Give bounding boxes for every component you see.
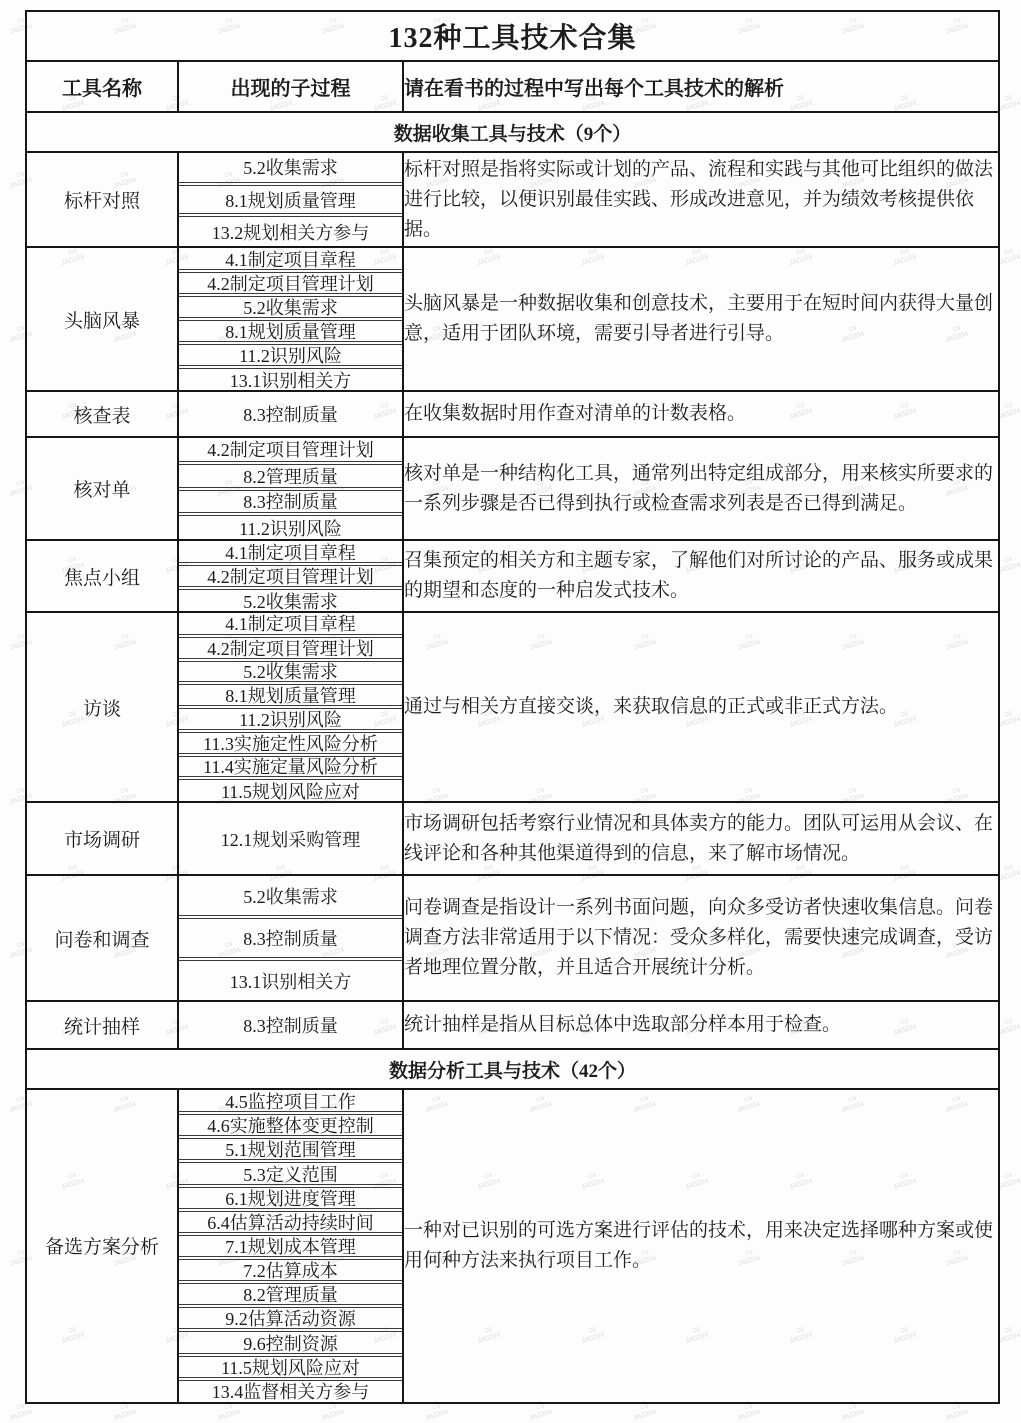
tool-name: 备选方案分析 xyxy=(26,1089,178,1403)
watermark-mark: C9JA0204 xyxy=(422,1401,449,1423)
process-item: 13.2规划相关方参与 xyxy=(179,216,402,246)
table-title-row: 132种工具技术合集 xyxy=(26,11,999,61)
process-item: 13.4监督相关方参与 xyxy=(179,1380,402,1402)
process-item: 13.1识别相关方 xyxy=(179,960,402,1000)
tool-name: 问卷和调查 xyxy=(26,875,178,1001)
process-item: 5.3定义范围 xyxy=(179,1162,402,1184)
tool-processes-cell: 5.2收集需求8.1规划质量管理13.2规划相关方参与 xyxy=(178,152,403,247)
process-item: 13.1识别相关方 xyxy=(179,368,402,390)
document-page: C9JA0204C9JA0204C9JA0204C9JA0204C9JA0204… xyxy=(0,0,1021,1423)
watermark-mark: C9JA0204 xyxy=(734,1401,761,1423)
process-stack: 12.1规划采购管理 xyxy=(179,803,402,874)
process-stack: 5.2收集需求8.1规划质量管理13.2规划相关方参与 xyxy=(179,153,402,246)
process-item: 8.1规划质量管理 xyxy=(179,185,402,215)
watermark-mark: C9JA0204 xyxy=(526,1401,553,1423)
tool-description: 召集预定的相关方和主题专家，了解他们对所讨论的产品、服务或成果的期望和态度的一种… xyxy=(403,540,999,612)
process-item: 11.5规划风险应对 xyxy=(179,779,402,801)
process-item: 8.3控制质量 xyxy=(179,1002,402,1048)
process-item: 4.1制定项目章程 xyxy=(179,541,402,563)
process-stack: 5.2收集需求8.3控制质量13.1识别相关方 xyxy=(179,876,402,1000)
process-item: 9.2估算活动资源 xyxy=(179,1307,402,1329)
section-header-row: 数据分析工具与技术（42个） xyxy=(26,1049,999,1089)
tool-name: 标杆对照 xyxy=(26,152,178,247)
tool-description: 问卷调查是指设计一系列书面问题，向众多受访者快速收集信息。问卷调查方法非常适用于… xyxy=(403,875,999,1001)
tool-name: 焦点小组 xyxy=(26,540,178,612)
watermark-mark: C9JA0204 xyxy=(6,1401,33,1423)
process-item: 4.1制定项目章程 xyxy=(179,248,402,270)
section-header: 数据收集工具与技术（9个） xyxy=(26,112,999,152)
tool-processes-cell: 4.1制定项目章程4.2制定项目管理计划5.2收集需求 xyxy=(178,540,403,612)
process-item: 5.2收集需求 xyxy=(179,153,402,183)
tool-processes-cell: 4.2制定项目管理计划8.2管理质量8.3控制质量11.2识别风险 xyxy=(178,437,403,540)
tool-name: 访谈 xyxy=(26,612,178,802)
process-stack: 4.1制定项目章程4.2制定项目管理计划5.2收集需求8.1规划质量管理11.2… xyxy=(179,613,402,801)
tool-row: 焦点小组4.1制定项目章程4.2制定项目管理计划5.2收集需求召集预定的相关方和… xyxy=(26,540,999,612)
process-item: 5.1规划范围管理 xyxy=(179,1138,402,1160)
watermark-mark: C9JA0204 xyxy=(110,1401,137,1423)
process-item: 5.2收集需求 xyxy=(179,876,402,916)
process-item: 11.5规划风险应对 xyxy=(179,1356,402,1378)
tool-name: 核查表 xyxy=(26,391,178,437)
tool-row: 核查表8.3控制质量在收集数据时用作查对清单的计数表格。 xyxy=(26,391,999,437)
process-item: 6.1规划进度管理 xyxy=(179,1187,402,1209)
tool-description: 头脑风暴是一种数据收集和创意技术，主要用于在短时间内获得大量创意，适用于团队环境… xyxy=(403,247,999,391)
process-item: 8.3控制质量 xyxy=(179,392,402,436)
tool-row: 备选方案分析4.5监控项目工作4.6实施整体变更控制5.1规划范围管理5.3定义… xyxy=(26,1089,999,1403)
process-item: 8.3控制质量 xyxy=(179,490,402,514)
tool-processes-cell: 8.3控制质量 xyxy=(178,391,403,437)
process-item: 9.6控制资源 xyxy=(179,1331,402,1353)
process-item: 4.2制定项目管理计划 xyxy=(179,438,402,462)
tool-name: 核对单 xyxy=(26,437,178,540)
process-item: 8.2管理质量 xyxy=(179,464,402,488)
watermark-mark: C9JA0204 xyxy=(942,1401,969,1423)
process-item: 7.2估算成本 xyxy=(179,1259,402,1281)
tool-row: 访谈4.1制定项目章程4.2制定项目管理计划5.2收集需求8.1规划质量管理11… xyxy=(26,612,999,802)
tool-description: 市场调研包括考察行业情况和具体卖方的能力。团队可运用从会议、在线评论和各种其他渠… xyxy=(403,802,999,875)
process-item: 5.2收集需求 xyxy=(179,296,402,318)
tool-description: 统计抽样是指从目标总体中选取部分样本用于检查。 xyxy=(403,1001,999,1049)
process-item: 11.4实施定量风险分析 xyxy=(179,756,402,778)
process-item: 8.1规划质量管理 xyxy=(179,684,402,706)
process-item: 11.3实施定性风险分析 xyxy=(179,732,402,754)
column-header-row: 工具名称 出现的子过程 请在看书的过程中写出每个工具技术的解析 xyxy=(26,61,999,112)
process-item: 4.5监控项目工作 xyxy=(179,1090,402,1112)
process-stack: 4.1制定项目章程4.2制定项目管理计划5.2收集需求 xyxy=(179,541,402,611)
tool-row: 市场调研12.1规划采购管理市场调研包括考察行业情况和具体卖方的能力。团队可运用… xyxy=(26,802,999,875)
column-header-sub-process: 出现的子过程 xyxy=(178,61,403,112)
process-item: 4.1制定项目章程 xyxy=(179,613,402,635)
process-item: 4.6实施整体变更控制 xyxy=(179,1114,402,1136)
process-item: 7.1规划成本管理 xyxy=(179,1235,402,1257)
process-stack: 4.2制定项目管理计划8.2管理质量8.3控制质量11.2识别风险 xyxy=(179,438,402,539)
tool-description: 核对单是一种结构化工具，通常列出特定组成部分，用来核实所要求的一系列步骤是否已得… xyxy=(403,437,999,540)
tool-processes-cell: 4.5监控项目工作4.6实施整体变更控制5.1规划范围管理5.3定义范围6.1规… xyxy=(178,1089,403,1403)
tool-row: 头脑风暴4.1制定项目章程4.2制定项目管理计划5.2收集需求8.1规划质量管理… xyxy=(26,247,999,391)
process-item: 12.1规划采购管理 xyxy=(179,803,402,874)
tool-description: 通过与相关方直接交谈，来获取信息的正式或非正式方法。 xyxy=(403,612,999,802)
process-stack: 4.5监控项目工作4.6实施整体变更控制5.1规划范围管理5.3定义范围6.1规… xyxy=(179,1090,402,1402)
process-item: 4.2制定项目管理计划 xyxy=(179,565,402,587)
tool-description: 标杆对照是指将实际或计划的产品、流程和实践与其他可比组织的做法进行比较，以便识别… xyxy=(403,152,999,247)
column-header-tool-name: 工具名称 xyxy=(26,61,178,112)
section-header-row: 数据收集工具与技术（9个） xyxy=(26,112,999,152)
process-item: 8.3控制质量 xyxy=(179,918,402,958)
tool-row: 统计抽样8.3控制质量统计抽样是指从目标总体中选取部分样本用于检查。 xyxy=(26,1001,999,1049)
process-item: 11.2识别风险 xyxy=(179,344,402,366)
tool-row: 标杆对照5.2收集需求8.1规划质量管理13.2规划相关方参与标杆对照是指将实际… xyxy=(26,152,999,247)
tool-name: 统计抽样 xyxy=(26,1001,178,1049)
tool-description: 在收集数据时用作查对清单的计数表格。 xyxy=(403,391,999,437)
process-item: 11.2识别风险 xyxy=(179,515,402,539)
section-header: 数据分析工具与技术（42个） xyxy=(26,1049,999,1089)
watermark-mark: C9JA0204 xyxy=(630,1401,657,1423)
tools-table: 132种工具技术合集 工具名称 出现的子过程 请在看书的过程中写出每个工具技术的… xyxy=(25,10,1000,1404)
tool-row: 核对单4.2制定项目管理计划8.2管理质量8.3控制质量11.2识别风险核对单是… xyxy=(26,437,999,540)
watermark-mark: C9JA0204 xyxy=(838,1401,865,1423)
process-stack: 8.3控制质量 xyxy=(179,392,402,436)
page-title: 132种工具技术合集 xyxy=(26,11,999,61)
tool-processes-cell: 4.1制定项目章程4.2制定项目管理计划5.2收集需求8.1规划质量管理11.2… xyxy=(178,247,403,391)
tool-name: 市场调研 xyxy=(26,802,178,875)
process-stack: 8.3控制质量 xyxy=(179,1002,402,1048)
process-item: 8.1规划质量管理 xyxy=(179,320,402,342)
tool-processes-cell: 5.2收集需求8.3控制质量13.1识别相关方 xyxy=(178,875,403,1001)
process-item: 8.2管理质量 xyxy=(179,1283,402,1305)
column-header-analysis: 请在看书的过程中写出每个工具技术的解析 xyxy=(403,61,999,112)
process-item: 5.2收集需求 xyxy=(179,589,402,611)
process-item: 11.2识别风险 xyxy=(179,708,402,730)
process-stack: 4.1制定项目章程4.2制定项目管理计划5.2收集需求8.1规划质量管理11.2… xyxy=(179,248,402,390)
process-item: 4.2制定项目管理计划 xyxy=(179,637,402,659)
process-item: 6.4估算活动持续时间 xyxy=(179,1211,402,1233)
process-item: 5.2收集需求 xyxy=(179,661,402,683)
tool-row: 问卷和调查5.2收集需求8.3控制质量13.1识别相关方问卷调查是指设计一系列书… xyxy=(26,875,999,1001)
tool-description: 一种对已识别的可选方案进行评估的技术，用来决定选择哪种方案或使用何种方法来执行项… xyxy=(403,1089,999,1403)
process-item: 4.2制定项目管理计划 xyxy=(179,272,402,294)
tool-name: 头脑风暴 xyxy=(26,247,178,391)
tool-processes-cell: 12.1规划采购管理 xyxy=(178,802,403,875)
tool-processes-cell: 4.1制定项目章程4.2制定项目管理计划5.2收集需求8.1规划质量管理11.2… xyxy=(178,612,403,802)
tool-processes-cell: 8.3控制质量 xyxy=(178,1001,403,1049)
